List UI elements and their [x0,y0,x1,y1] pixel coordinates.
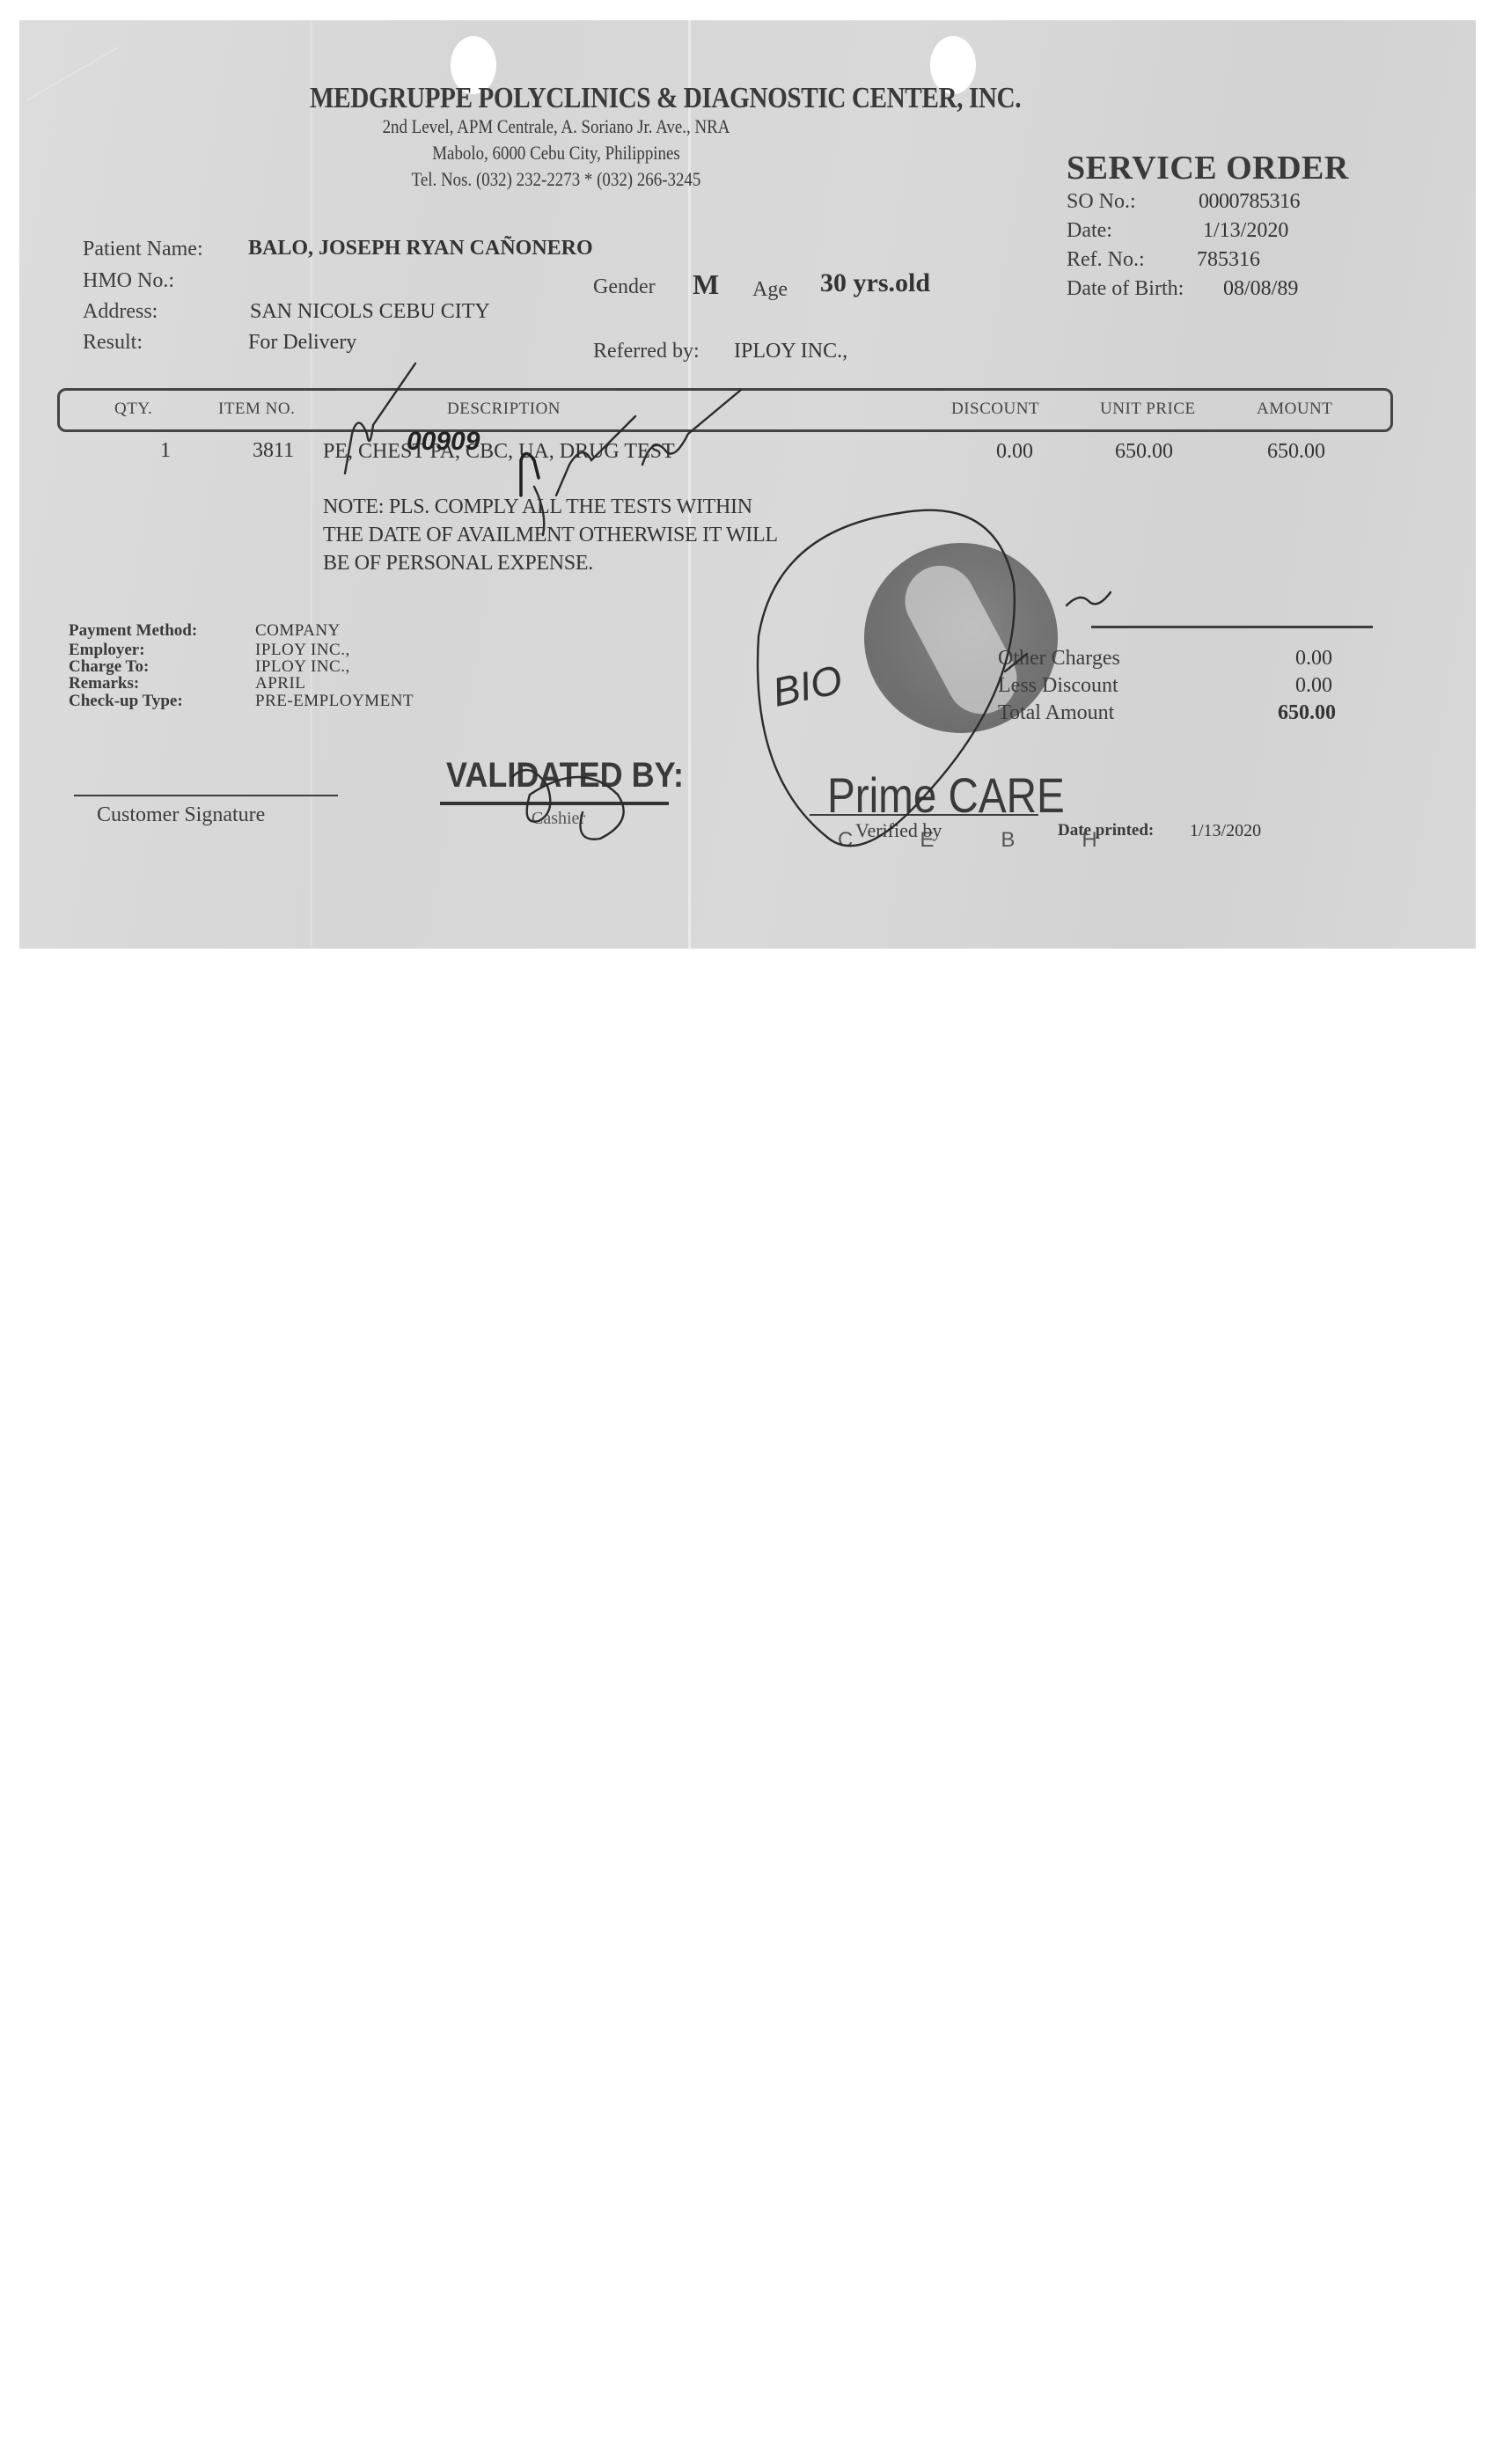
service-order-document: MEDGRUPPE POLYCLINICS & DIAGNOSTIC CENTE… [19,20,1476,949]
handwritten-annotations: 00909 BIO [19,20,1476,949]
handwritten-circled-note: BIO [768,656,846,715]
handwritten-item-code: 00909 [407,427,480,456]
